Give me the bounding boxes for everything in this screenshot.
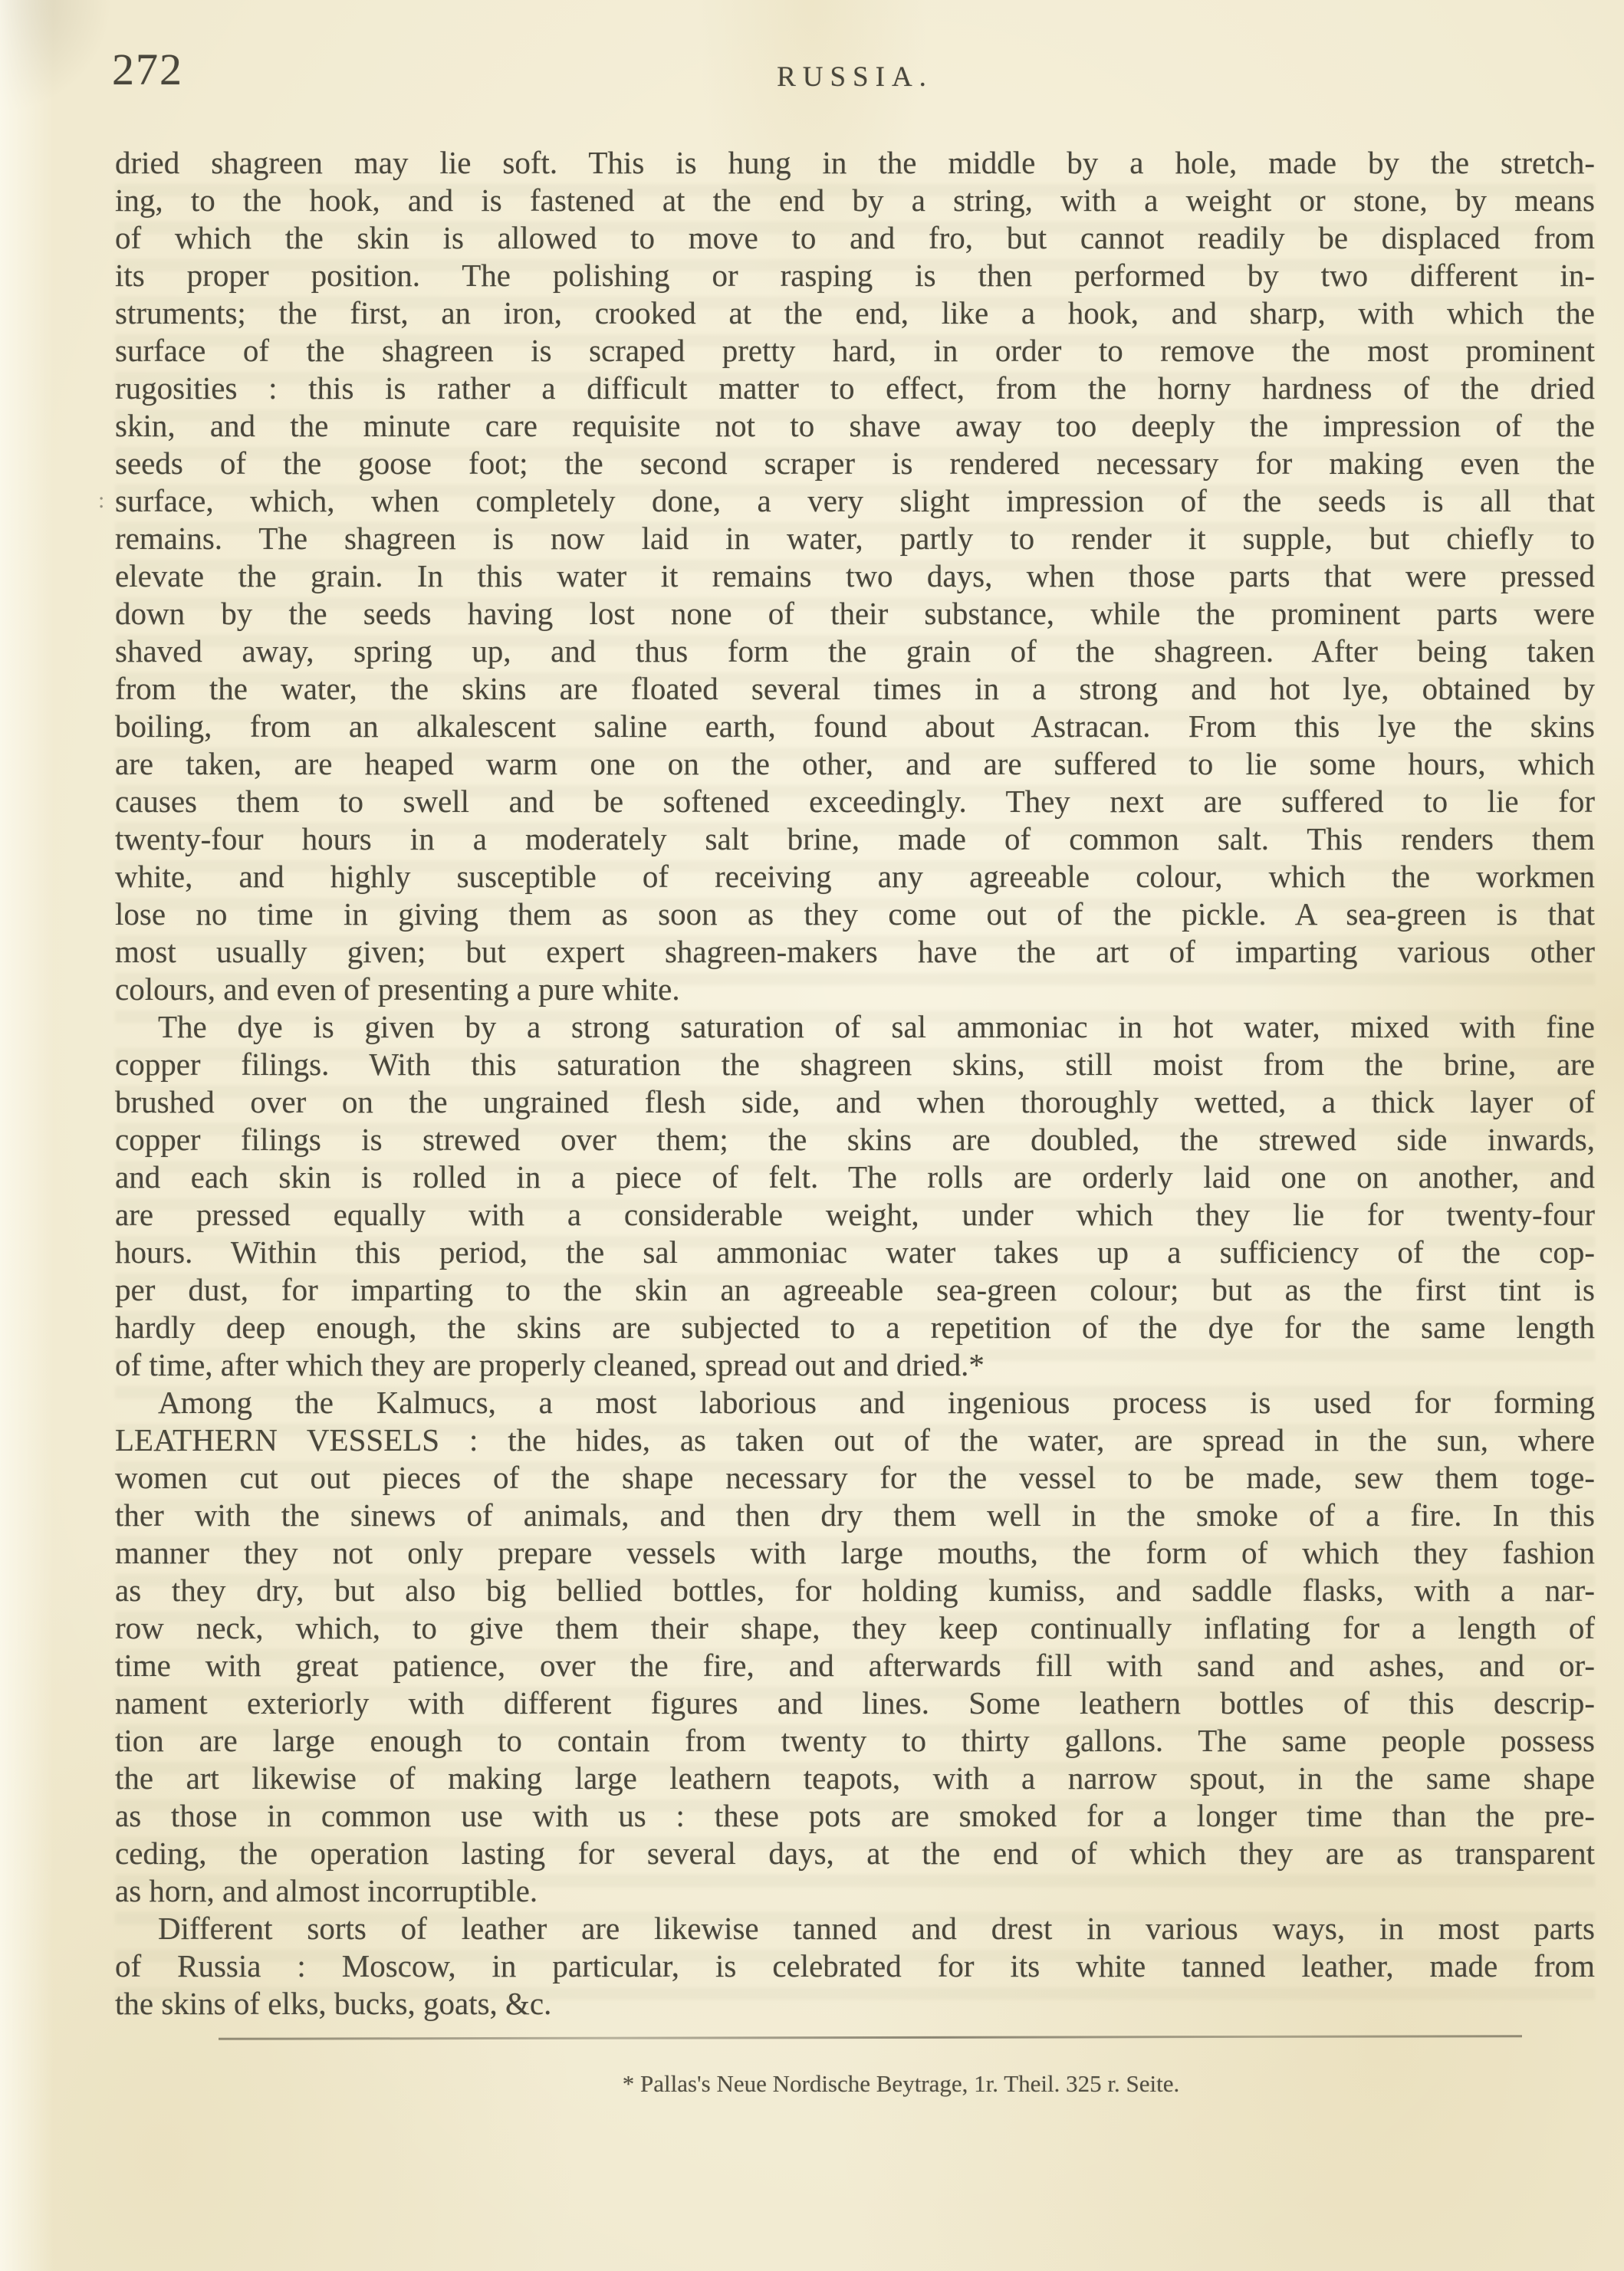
running-title: RUSSIA. xyxy=(115,63,1595,91)
text-line: dried shagreen may lie soft. This is hun… xyxy=(115,144,1595,182)
text-line: tion are large enough to contain from tw… xyxy=(115,1722,1595,1760)
text-line: as horn, and almost incorruptible. xyxy=(115,1872,1595,1910)
text-line: ceding, the operation lasting for severa… xyxy=(115,1835,1595,1872)
text-line: Among the Kalmucs, a most laborious and … xyxy=(115,1384,1595,1421)
text-line: boiling, from an alkalescent saline eart… xyxy=(115,708,1595,745)
text-line: down by the seeds having lost none of th… xyxy=(115,595,1595,633)
text-line: hours. Within this period, the sal ammon… xyxy=(115,1234,1595,1271)
text-line: elevate the grain. In this water it rema… xyxy=(115,557,1595,595)
text-line: row neck, which, to give them their shap… xyxy=(115,1609,1595,1647)
text-line: brushed over on the ungrained flesh side… xyxy=(115,1083,1595,1121)
text-line: its proper position. The polishing or ra… xyxy=(115,257,1595,294)
page-header: 272 RUSSIA. xyxy=(0,0,1624,107)
text-line: most usually given; but expert shagreen-… xyxy=(115,933,1595,971)
text-line: ing, to the hook, and is fastened at the… xyxy=(115,182,1595,219)
text-line: surface, which, when completely done, a … xyxy=(115,482,1595,520)
paragraph: Among the Kalmucs, a most laborious and … xyxy=(115,1384,1595,1910)
paragraph: dried shagreen may lie soft. This is hun… xyxy=(115,144,1595,1008)
text-line: per dust, for imparting to the skin an a… xyxy=(115,1271,1595,1309)
ink-speck: : xyxy=(98,488,104,514)
footnote: * Pallas's Neue Nordische Beytrage, 1r. … xyxy=(115,2067,1595,2101)
text-line: nament exteriorly with different figures… xyxy=(115,1684,1595,1722)
text-line: and each skin is rolled in a piece of fe… xyxy=(115,1159,1595,1196)
text-line: are pressed equally with a considerable … xyxy=(115,1196,1595,1234)
text-line: the art likewise of making large leather… xyxy=(115,1760,1595,1797)
text-line: of Russia : Moscow, in particular, is ce… xyxy=(115,1947,1595,1985)
text-line: hardly deep enough, the skins are subjec… xyxy=(115,1309,1595,1346)
text-line: twenty-four hours in a moderately salt b… xyxy=(115,820,1595,858)
text-line: are taken, are heaped warm one on the ot… xyxy=(115,745,1595,783)
text-line: as those in common use with us : these p… xyxy=(115,1797,1595,1835)
text-line: from the water, the skins are floated se… xyxy=(115,670,1595,708)
text-line: women cut out pieces of the shape necess… xyxy=(115,1459,1595,1497)
text-line: rugosities : this is rather a difficult … xyxy=(115,370,1595,407)
text-line: white, and highly susceptible of receivi… xyxy=(115,858,1595,896)
text-line: skin, and the minute care requisite not … xyxy=(115,407,1595,445)
text-line: surface of the shagreen is scraped prett… xyxy=(115,332,1595,370)
text-line: remains. The shagreen is now laid in wat… xyxy=(115,520,1595,557)
text-line: lose no time in giving them as soon as t… xyxy=(115,896,1595,933)
text-line: The dye is given by a strong saturation … xyxy=(115,1008,1595,1046)
text-line: copper filings. With this saturation the… xyxy=(115,1046,1595,1083)
text-line: Different sorts of leather are likewise … xyxy=(115,1910,1595,1947)
text-line: causes them to swell and be softened exc… xyxy=(115,783,1595,820)
text-line: shaved away, spring up, and thus form th… xyxy=(115,633,1595,670)
text-line: ther with the sinews of animals, and the… xyxy=(115,1497,1595,1534)
footnote-rule xyxy=(219,2035,1522,2040)
body-text: dried shagreen may lie soft. This is hun… xyxy=(115,144,1595,2023)
paragraph: The dye is given by a strong saturation … xyxy=(115,1008,1595,1384)
text-line: seeds of the goose foot; the second scra… xyxy=(115,445,1595,482)
text-line: as they dry, but also big bellied bottle… xyxy=(115,1572,1595,1609)
book-page: 272 RUSSIA. : dried shagreen may lie sof… xyxy=(0,0,1624,2271)
text-line: LEATHERN VESSELS : the hides, as taken o… xyxy=(115,1421,1595,1459)
text-line: of time, after which they are properly c… xyxy=(115,1346,1595,1384)
text-line: of which the skin is allowed to move to … xyxy=(115,219,1595,257)
text-line: colours, and even of presenting a pure w… xyxy=(115,971,1595,1008)
text-line: manner they not only prepare vessels wit… xyxy=(115,1534,1595,1572)
text-line: struments; the first, an iron, crooked a… xyxy=(115,294,1595,332)
text-line: the skins of elks, bucks, goats, &c. xyxy=(115,1985,1595,2023)
paragraph: Different sorts of leather are likewise … xyxy=(115,1910,1595,2023)
text-line: copper filings is strewed over them; the… xyxy=(115,1121,1595,1159)
text-line: time with great patience, over the fire,… xyxy=(115,1647,1595,1684)
